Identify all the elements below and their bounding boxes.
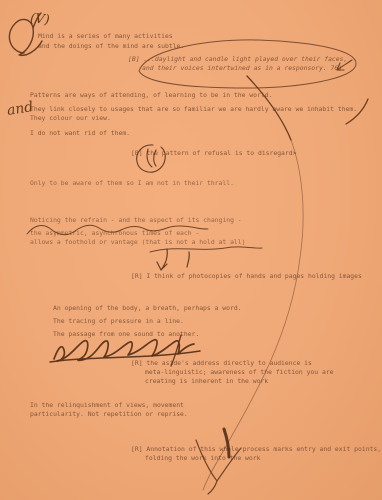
typed-line-aside-3: creating is inherent in the work <box>145 377 268 385</box>
typed-line-relinquishment-1: In the relinquishment of views, movement <box>30 401 184 409</box>
typed-line-mind-1: Mind is a series of many activities <box>38 32 173 40</box>
typed-line-colour-view: They colour our view. <box>30 114 111 122</box>
typed-line-passage: The passage from one sound to another. <box>53 330 199 338</box>
typed-line-mind-2: and the doings of the mind are subtle. <box>38 42 184 50</box>
typed-line-aside-1: [R] the aside's address directly to audi… <box>131 359 312 367</box>
typed-line-aside-2: meta-linguistic; awareness of the fictio… <box>145 368 334 376</box>
typed-line-refusal: [B] the pattern of refusal is to disrega… <box>131 149 296 157</box>
typed-line-thrall: Only to be aware of them so I am not in … <box>30 179 234 187</box>
typed-line-annotation-2: folding the work into the work <box>145 454 260 462</box>
typed-line-not-rid: I do not want rid of them. <box>30 129 130 137</box>
typed-line-opening: An opening of the body, a breath, perhap… <box>53 304 242 312</box>
long-curve-lower <box>203 140 303 490</box>
foothold-underline <box>150 247 262 252</box>
typed-quote-daylight-1: [B] ...daylight and candle light played … <box>128 55 347 63</box>
typed-line-annotation-1: [R] Annotation of this whole process mar… <box>131 445 381 453</box>
handwritten-note-v: (V) <box>29 11 50 28</box>
scrawl-signature <box>54 340 194 361</box>
typed-line-asymmetric: the asymmetric, asynchronous times of ea… <box>30 229 199 237</box>
typed-line-photocopies: [R] I think of photocopies of hands and … <box>131 272 362 280</box>
down-arrow <box>157 249 189 270</box>
typed-quote-daylight-2: and their voices intertwined as in a res… <box>142 64 342 72</box>
pen-annotations-layer <box>0 0 382 500</box>
typed-line-link-closely: They link closely to usages that are so … <box>30 105 357 113</box>
manuscript-page: Mind is a series of many activities and … <box>0 0 382 500</box>
typed-line-foothold: allows a foothold or vantage (that is no… <box>30 238 245 246</box>
typed-line-patterns: Patterns are ways of attending, of learn… <box>30 91 272 99</box>
typed-line-refrain: Noticing the refrain - and the aspect of… <box>30 216 242 224</box>
typed-line-relinquishment-2: particularity. Not repetition or reprise… <box>30 410 188 418</box>
typed-line-tracing: The tracing of pressure in a line. <box>53 317 184 325</box>
